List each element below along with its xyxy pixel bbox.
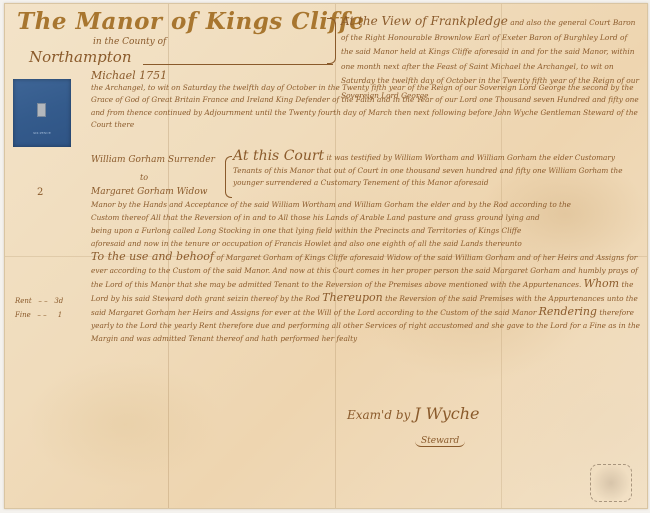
to-use-clause: To the use and behoof of Margaret Gorham… [91, 250, 641, 345]
fee-label: Rent [15, 297, 32, 305]
county-name: Northampton [29, 48, 132, 66]
court-date: Michael 1751 [91, 69, 167, 82]
court-header-lead: At the View of Frankpledge [341, 14, 508, 28]
manuscript-sheet: The Manor of Kings Cliffe in the County … [4, 3, 648, 509]
body-text: Manor by the Hands and Acceptance of the… [91, 198, 641, 345]
document-title: The Manor of Kings Cliffe [17, 8, 364, 35]
court-clause-lead: At this Court [233, 148, 324, 164]
preamble-text: the Archangel, to wit on Saturday the tw… [91, 82, 641, 132]
thereupon-lead: Thereupon [322, 291, 383, 304]
signature-name: J Wyche [414, 404, 479, 423]
revenue-stamp: SIX PENCE [13, 79, 71, 147]
bracket [225, 156, 232, 198]
margin-fees: Rent – – 3d Fine – – 1 [15, 294, 63, 322]
body-line: Manor by the Hands and Acceptance of the… [91, 198, 641, 211]
fee-value: 1 [58, 311, 62, 319]
signature-title: Steward [415, 436, 465, 447]
margin-number: 2 [37, 187, 43, 198]
fee-row: Fine – – 1 [15, 308, 63, 322]
party-admittee: Margaret Gorham Widow [91, 187, 207, 197]
ink-seal-mark [590, 464, 632, 502]
fee-label: Fine [15, 311, 31, 319]
court-clause: At this Court it was testified by Willia… [233, 150, 641, 190]
stamp-emboss-icon [37, 103, 46, 117]
body-line: Custom thereof All that the Reversion of… [91, 211, 641, 224]
county-label: in the County of [93, 37, 166, 47]
body-line: being upon a Furlong called Long Stockin… [91, 224, 641, 237]
signature-prefix: Exam'd by [347, 408, 410, 422]
to-use-lead: To the use and behoof [91, 250, 214, 263]
fee-row: Rent – – 3d [15, 294, 63, 308]
body-line: aforesaid and now in the tenure or occup… [91, 237, 641, 250]
whom-lead: Whom [584, 277, 619, 290]
party-to: to [140, 173, 148, 182]
bracket [327, 18, 336, 64]
party-surrenderor: William Gorham Surrender [91, 155, 215, 165]
rule-line [143, 64, 333, 65]
stamp-legend: SIX PENCE [23, 131, 61, 135]
signature-block: Exam'd by J Wyche [347, 404, 480, 423]
fee-value: 3d [54, 297, 63, 305]
rendering-lead: Rendering [539, 305, 597, 318]
